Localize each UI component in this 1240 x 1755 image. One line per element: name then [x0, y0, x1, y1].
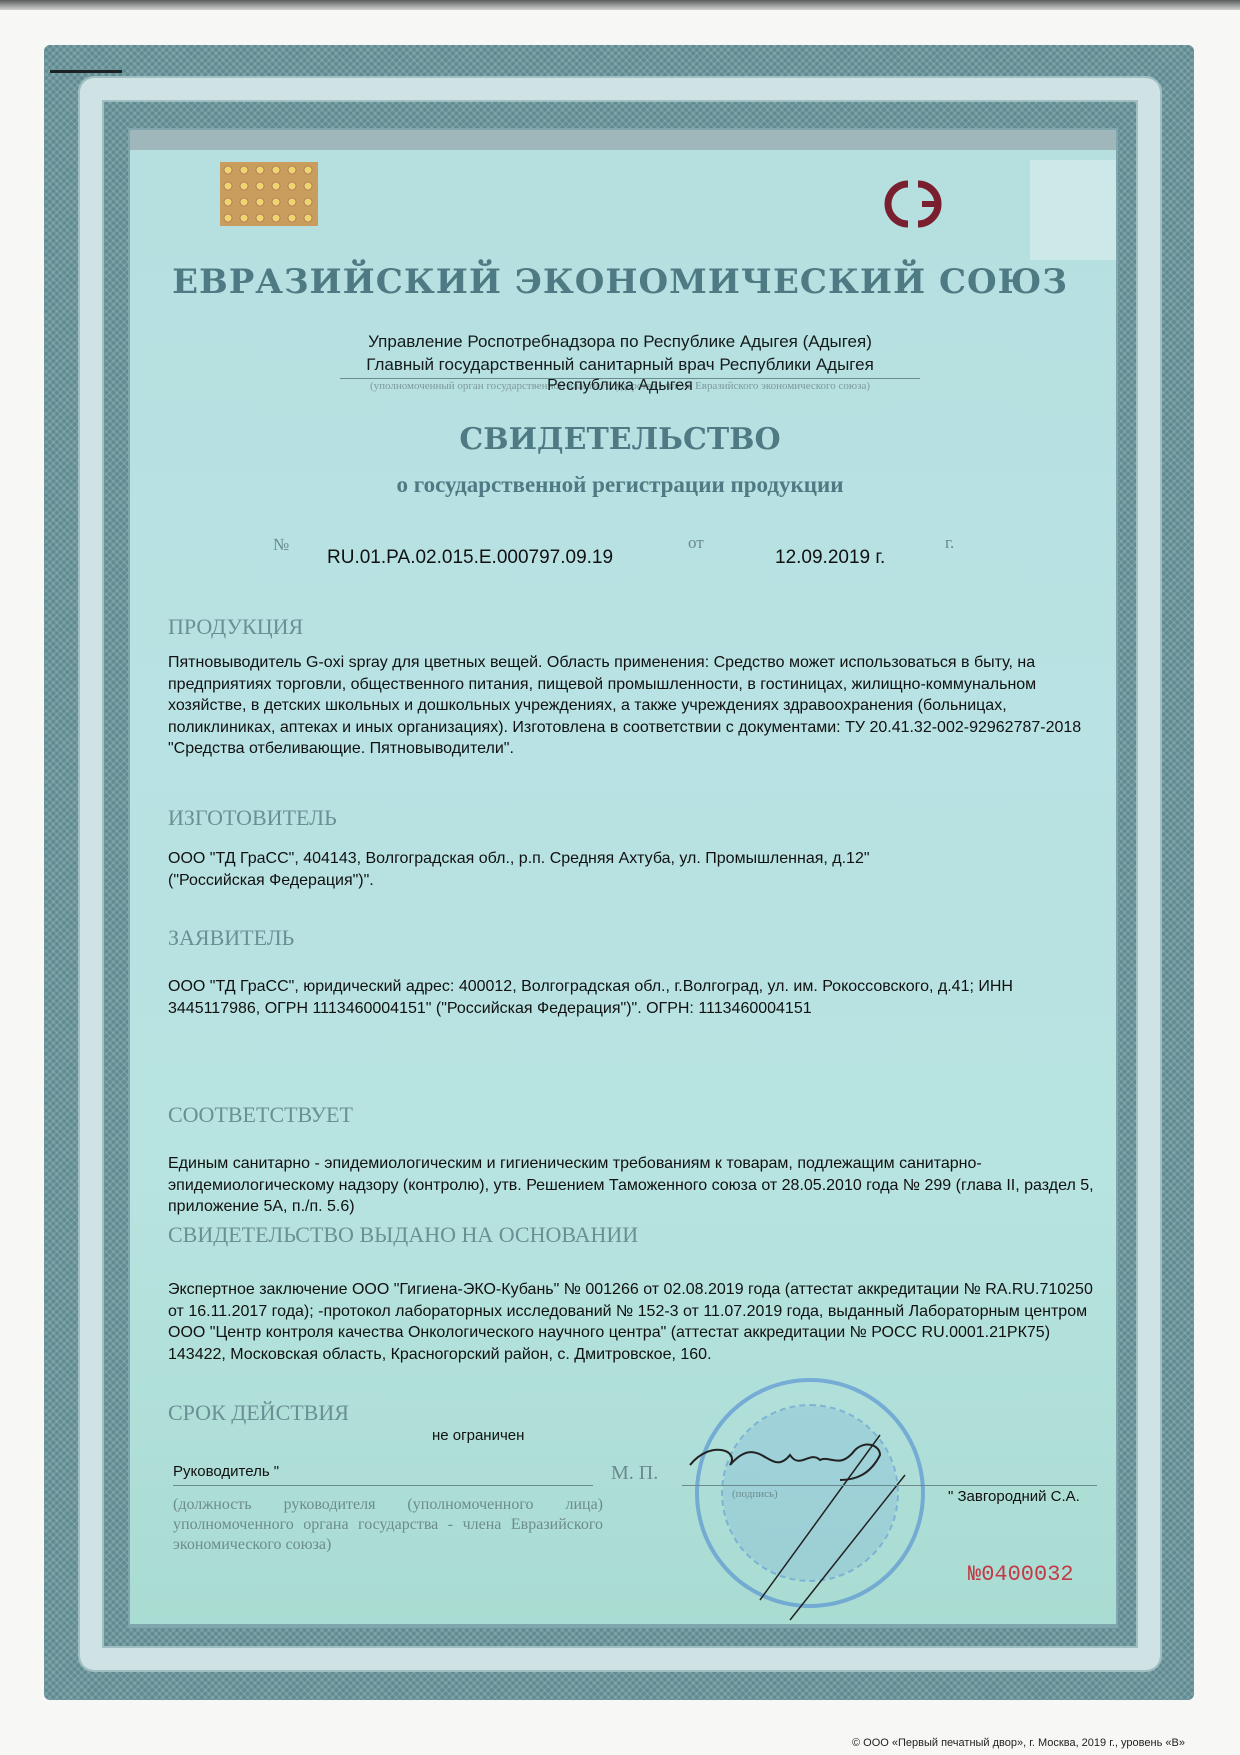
conforms-heading: СООТВЕТСТВУЕТ — [168, 1102, 353, 1128]
role-caption: (должность руководителя (уполномоченного… — [173, 1495, 603, 1555]
year-suffix: г. — [945, 533, 954, 553]
product-text: Пятновыводитель G-oxi spray для цветных … — [168, 652, 1108, 760]
manufacturer-heading: ИЗГОТОВИТЕЛЬ — [168, 805, 337, 831]
hologram-sticker-icon — [220, 162, 318, 226]
union-title: ЕВРАЗИЙСКИЙ ЭКОНОМИЧЕСКИЙ СОЮЗ — [0, 262, 1240, 302]
applicant-heading: ЗАЯВИТЕЛЬ — [168, 925, 294, 951]
signature-icon — [680, 1420, 920, 1630]
validity-heading: СРОК ДЕЙСТВИЯ — [168, 1400, 349, 1426]
authority-line-3: Республика Адыгея — [0, 377, 1240, 395]
scan-mark — [50, 70, 122, 73]
certificate-subtitle: о государственной регистрации продукции — [0, 472, 1240, 498]
certificate-title: СВИДЕТЕЛЬСТВО — [0, 422, 1240, 457]
eaeu-logo-icon — [878, 176, 948, 232]
signature-caption: (подпись) — [732, 1488, 778, 1500]
validity-value: не ограничен — [432, 1427, 524, 1444]
registration-date: 12.09.2019 г. — [775, 547, 885, 569]
signature-underline — [682, 1485, 1097, 1486]
date-label: от — [688, 533, 704, 553]
manufacturer-text: ООО "ТД ГраСС", 404143, Волгоградская об… — [168, 848, 928, 891]
basis-heading: СВИДЕТЕЛЬСТВО ВЫДАНО НА ОСНОВАНИИ — [168, 1222, 638, 1248]
mp-label: М. П. — [611, 1462, 658, 1485]
authority-line-2: Главный государственный санитарный врач … — [0, 355, 1240, 375]
registration-number: RU.01.РА.02.015.Е.000797.09.19 — [327, 547, 613, 569]
printer-footer: © ООО «Первый печатный двор», г. Москва,… — [852, 1737, 1185, 1749]
role-underline — [173, 1485, 593, 1486]
authority-line-1: Управление Роспотребнадзора по Республик… — [0, 332, 1240, 352]
signer-name: " Завгородний С.А. — [948, 1488, 1080, 1505]
signature-role: Руководитель " — [173, 1463, 279, 1480]
conforms-text: Единым санитарно - эпидемиологическим и … — [168, 1153, 1108, 1218]
watermark-patch — [1030, 160, 1116, 260]
product-heading: ПРОДУКЦИЯ — [168, 614, 303, 640]
applicant-text: ООО "ТД ГраСС", юридический адрес: 40001… — [168, 976, 1108, 1019]
scan-edge — [0, 0, 1240, 10]
number-label: № — [273, 535, 289, 555]
basis-text: Экспертное заключение ООО "Гигиена-ЭКО-К… — [168, 1279, 1108, 1365]
serial-number: №0400032 — [968, 1562, 1074, 1587]
